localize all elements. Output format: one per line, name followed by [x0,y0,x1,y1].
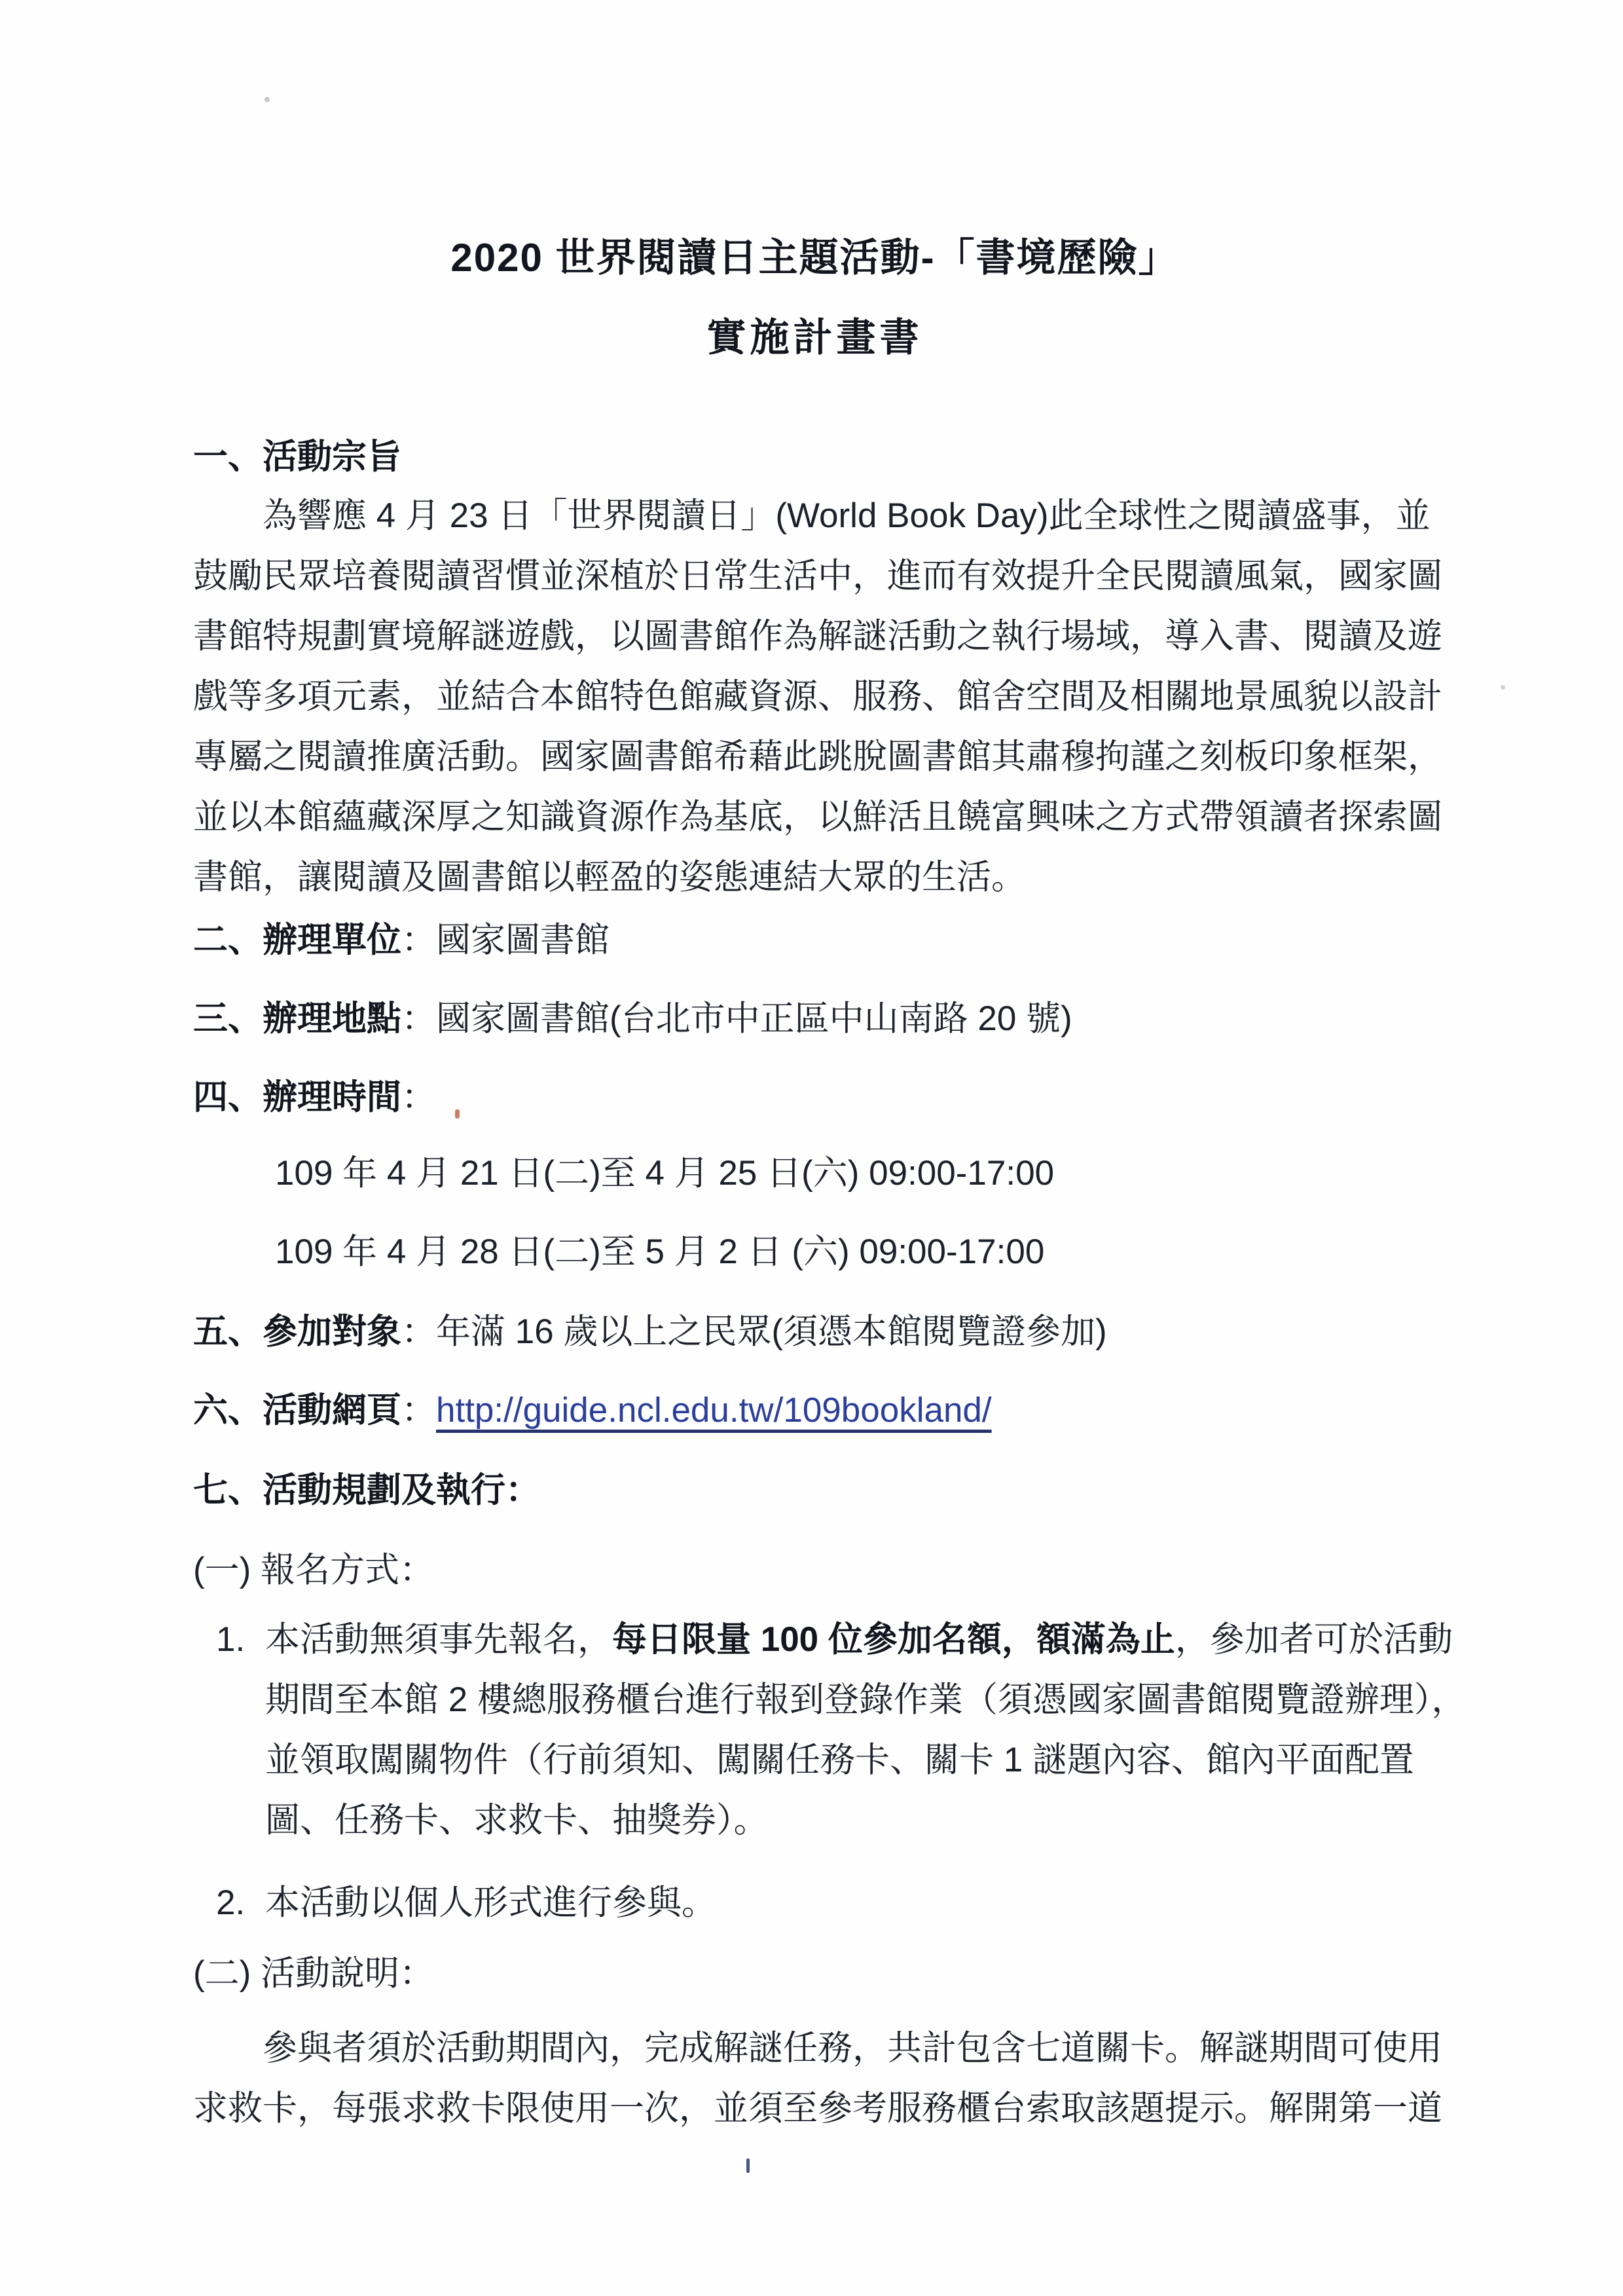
section-1-heading: 一、活動宗旨 [193,436,1436,478]
section-2-row: 二、辦理單位：國家圖書館 [193,919,1436,961]
list-item-1-line-2: 期間至本館 2 樓總服務櫃台進行報到登錄作業（須憑國家圖書館閱覽證辦理）， [265,1670,1466,1730]
list-item-1-line-4: 圖、任務卡、求救卡、抽獎券）。 [265,1790,1466,1851]
paragraph-line: 書館特規劃實境解謎遊戲，以圖書館作為解謎活動之執行場域，導入書、閱讀及遊 [193,606,1436,667]
document-page: 2020 世界閱讀日主題活動-「書境歷險」 實施計畫書 一、活動宗旨 為響應 4… [0,0,1623,2296]
section-7-row: 七、活動規劃及執行： [193,1470,1436,1511]
item1-text-bold: 每日限量 100 位參加名額，額滿為止 [612,1620,1175,1659]
subsection-2-heading: (二) 活動說明： [193,1953,1436,1995]
subsection-1-heading: (一) 報名方式： [193,1549,1436,1591]
section-2-value: ：國家圖書館 [401,921,610,959]
scan-artifact [264,97,270,102]
section-5-value: ：年滿 16 歲以上之民眾(須憑本館閱覽證參加) [401,1312,1107,1351]
section-6-label: 六、活動網頁 [193,1391,401,1430]
subsection-2-paragraph: 參與者須於活動期間內，完成解謎任務，共計包含七道關卡。解謎期間可使用求救卡，每張… [193,2018,1436,2139]
schedule-line-1: 109 年 4 月 21 日(二)至 4 月 25 日(六) 09:00-17:… [193,1153,1436,1194]
document-subtitle: 實施計畫書 [193,313,1436,363]
item1-text-pre: 本活動無須事先報名， [265,1620,612,1659]
section-6-row: 六、活動網頁：http://guide.ncl.edu.tw/109bookla… [193,1390,1436,1432]
section-5-label: 五、參加對象 [193,1312,401,1351]
paragraph-line: 鼓勵民眾培養閱讀習慣並深植於日常生活中，進而有效提升全民閱讀風氣，國家圖 [193,546,1436,606]
document-title: 2020 世界閱讀日主題活動-「書境歷險」 [193,233,1436,283]
list-item-1-number: 1. [216,1610,265,1851]
paragraph-line: 專屬之閱讀推廣活動。國家圖書館希藉此跳脫圖書館其肅穆拘謹之刻板印象框架， [193,727,1436,787]
paragraph-line: 為響應 4 月 23 日「世界閱讀日」(World Book Day)此全球性之… [193,486,1436,546]
scan-artifact [1501,685,1505,690]
section-2-label: 二、辦理單位 [193,921,401,959]
paragraph-line: 書館，讓閱讀及圖書館以輕盈的姿態連結大眾的生活。 [193,847,1436,908]
scan-artifact [746,2158,750,2173]
section-3-row: 三、辦理地點：國家圖書館(台北市中正區中山南路 20 號) [193,998,1436,1040]
list-item-1: 1. 本活動無須事先報名，每日限量 100 位參加名額，額滿為止，參加者可於活動… [216,1610,1436,1851]
section-5-row: 五、參加對象：年滿 16 歲以上之民眾(須憑本館閱覽證參加) [193,1311,1436,1353]
section-4-colon: ： [401,1078,436,1117]
section-6-colon: ： [401,1391,436,1430]
section-4-label: 四、辦理時間 [193,1078,401,1117]
list-item-2-body: 本活動以個人形式進行參與。 [265,1873,1436,1933]
list-item-1-line-1: 本活動無須事先報名，每日限量 100 位參加名額，額滿為止，參加者可於活動 [265,1610,1466,1670]
section-4-row: 四、辦理時間： [193,1077,1436,1119]
paragraph-line: 參與者須於活動期間內，完成解謎任務，共計包含七道關卡。解謎期間可使用 [193,2018,1436,2079]
activity-webpage-link[interactable]: http://guide.ncl.edu.tw/109bookland/ [436,1391,992,1430]
list-item-2: 2. 本活動以個人形式進行參與。 [216,1873,1436,1933]
list-item-2-number: 2. [216,1873,265,1933]
paragraph-line: 戲等多項元素，並結合本館特色館藏資源、服務、館舍空間及相關地景風貌以設計 [193,667,1436,727]
section-3-value: ：國家圖書館(台北市中正區中山南路 20 號) [401,999,1072,1038]
paragraph-line: 並以本館蘊藏深厚之知識資源作為基底，以鮮活且饒富興味之方式帶領讀者探索圖 [193,787,1436,847]
schedule-line-2: 109 年 4 月 28 日(二)至 5 月 2 日 (六) 09:00-17:… [193,1231,1436,1273]
list-item-2-line-1: 本活動以個人形式進行參與。 [265,1873,1436,1933]
section-7-label: 七、活動規劃及執行： [193,1471,540,1509]
list-item-1-line-3: 並領取闖關物件（行前須知、闖關任務卡、關卡 1 謎題內容、館內平面配置 [265,1730,1466,1790]
paragraph-line: 求救卡，每張求救卡限使用一次，並須至參考服務櫃台索取該題提示。解開第一道 [193,2079,1436,2139]
list-item-1-body: 本活動無須事先報名，每日限量 100 位參加名額，額滿為止，參加者可於活動 期間… [265,1610,1466,1851]
section-1-paragraph: 為響應 4 月 23 日「世界閱讀日」(World Book Day)此全球性之… [193,486,1436,908]
section-3-label: 三、辦理地點 [193,999,401,1038]
item1-text-post: ，參加者可於活動 [1175,1620,1453,1659]
